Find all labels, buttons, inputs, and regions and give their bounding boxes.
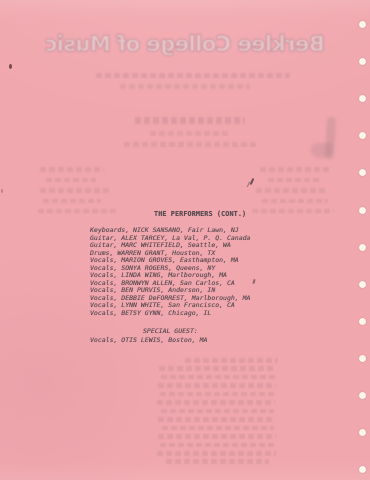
bleedthrough-line	[124, 142, 256, 148]
special-guest-label: SPECIAL GUEST:	[143, 327, 198, 335]
punch-hole	[359, 244, 366, 251]
bleedthrough-line	[157, 451, 276, 456]
bleedthrough-line	[161, 375, 275, 380]
performers-heading: THE PERFORMERS (CONT.)	[154, 210, 246, 218]
punch-hole	[359, 207, 366, 214]
bleedthrough-line	[40, 167, 104, 172]
bleedthrough-line	[256, 188, 326, 193]
ink-speck	[9, 64, 12, 69]
punch-hole	[359, 58, 366, 65]
bleedthrough-line	[43, 199, 101, 204]
punch-hole	[359, 318, 366, 325]
scanned-program-page: Berklee College of Music THE PERFORMERS …	[0, 0, 370, 480]
pen-mark	[250, 178, 255, 185]
punch-hole	[359, 429, 366, 436]
bleedthrough-line	[96, 73, 290, 78]
bleedthrough-line	[262, 199, 328, 204]
bleedthrough-line	[160, 443, 274, 448]
bleedthrough-line	[158, 417, 275, 422]
special-guest-line: Vocals, OTIS LEWIS, Boston, MA	[90, 336, 207, 344]
bleedthrough-line	[46, 178, 96, 183]
bleedthrough-line	[166, 459, 269, 464]
bleedthrough-line	[252, 209, 334, 214]
ink-speck	[1, 189, 3, 193]
punch-hole	[359, 95, 366, 102]
bleedthrough-line	[150, 131, 230, 136]
punch-hole	[359, 355, 366, 362]
punch-hole	[359, 132, 366, 139]
bleedthrough-line	[120, 84, 250, 89]
bleedthrough-line	[158, 434, 276, 439]
bleedthrough-line	[268, 178, 322, 183]
pen-mark	[252, 279, 255, 284]
punch-hole	[359, 21, 366, 28]
bleedthrough-line	[135, 117, 245, 124]
bleedthrough-line	[157, 400, 275, 405]
punch-hole	[359, 466, 366, 473]
bleedthrough-line	[260, 167, 332, 172]
bleedthrough-line	[185, 358, 278, 363]
performer-line: Vocals, BETSY GYNN, Chicago, IL	[90, 310, 250, 318]
bleedthrough-line	[159, 366, 276, 371]
bleedthrough-line	[158, 383, 276, 388]
bleedthrough-line	[161, 409, 274, 414]
ink-smudge	[311, 143, 332, 158]
punch-hole	[359, 392, 366, 399]
bleedthrough-line	[162, 426, 274, 431]
punch-hole	[359, 169, 366, 176]
bleedthrough-line	[160, 392, 276, 397]
bleedthrough-line	[40, 188, 112, 193]
punch-hole	[359, 281, 366, 288]
bleedthrough-line	[38, 209, 118, 214]
performers-list: Keyboards, NICK SANSANO, Fair Lawn, NJGu…	[90, 227, 250, 318]
bleedthrough-berklee-logo: Berklee College of Music	[0, 32, 370, 56]
